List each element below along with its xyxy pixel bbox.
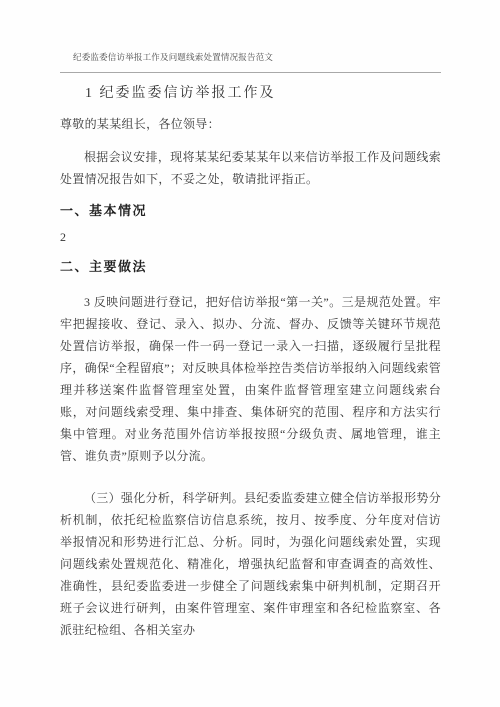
section-heading-basic-info: 一、基本情况	[60, 200, 147, 219]
document-title: 1 纪委监委信访举报工作及	[85, 82, 276, 102]
running-header: 纪委监委信访举报工作及问题线索处置情况报告范文	[73, 51, 273, 63]
body-paragraph-analysis: （三）强化分析，科学研判。县纪委监委建立健全信访举报形势分析机制，依托纪检监察信…	[60, 487, 441, 641]
page-number-text: 2	[60, 230, 66, 245]
section-heading-main-practices: 二、主要做法	[60, 256, 147, 275]
intro-paragraph: 根据会议安排，现将某某纪委某某年以来信访举报工作及问题线索处置情况报告如下，不妥…	[60, 146, 441, 190]
salutation-line: 尊敬的某某组长，各位领导：	[60, 113, 441, 135]
document-page: 纪委监委信访举报工作及问题线索处置情况报告范文 1 纪委监委信访举报工作及 尊敬…	[0, 0, 500, 707]
body-paragraph-disposal: 3 反映问题进行登记，把好信访举报“第一关”。三是规范处置。牢牢把握接收、登记、…	[60, 291, 441, 467]
header-divider	[60, 72, 441, 73]
